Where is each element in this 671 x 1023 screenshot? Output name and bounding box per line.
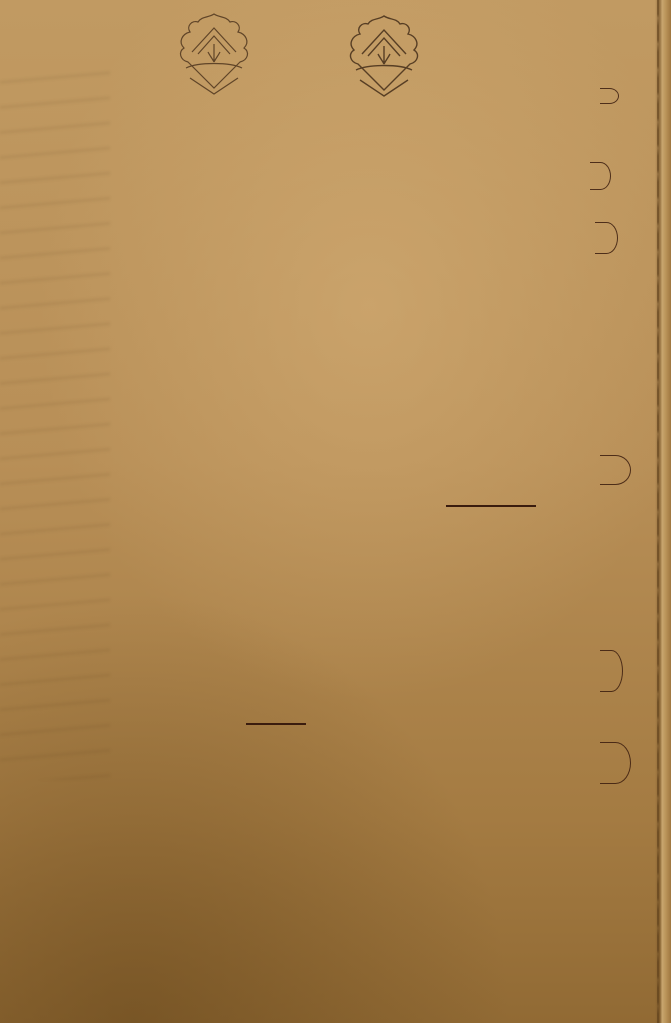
manuscript-page xyxy=(0,0,671,1023)
stamp-crest-icon xyxy=(338,10,430,102)
pen-flourish xyxy=(600,742,631,784)
pen-flourish xyxy=(600,88,619,104)
line-filler-dash xyxy=(446,505,536,507)
bleed-through-texture xyxy=(0,60,110,780)
tax-stamp-left xyxy=(168,8,260,100)
pen-flourish xyxy=(595,222,618,254)
page-edge-tear xyxy=(657,0,659,1023)
pen-flourish xyxy=(600,455,631,485)
stamp-crest-icon xyxy=(168,8,260,100)
line-filler-dash xyxy=(246,723,306,725)
tax-stamp-right xyxy=(338,10,430,102)
pen-flourish xyxy=(590,162,611,190)
pen-flourish xyxy=(600,650,623,692)
